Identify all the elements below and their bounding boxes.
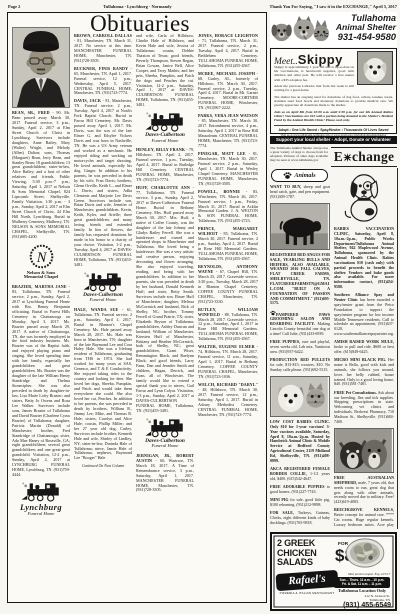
obituaries-section: Obituaries BEAN, SR., FRED - 90. Mr. Bea… bbox=[7, 12, 267, 603]
aussie-photo bbox=[334, 428, 394, 473]
lynchburg-funeral-home-logo: LynchburgFuneral Home bbox=[12, 481, 70, 516]
rabies-clinic-note: Join us on April 8th from 10:00 a.m. unt… bbox=[274, 110, 393, 123]
classified-ad: RABIES VACCINATION CLINIC, Saturday, Apr… bbox=[334, 227, 394, 290]
classified-ad: MINI PIG for sale, good little pig, $100… bbox=[270, 498, 330, 508]
shelter-note-text: The Tullahoma Animal Shelter always has … bbox=[270, 146, 328, 162]
salad-photo bbox=[341, 537, 389, 569]
masthead-cities: Tullahoma - Lynchburg - Normandy bbox=[40, 4, 235, 9]
page-number: Page 2 bbox=[8, 4, 20, 9]
classified-ad: FREE PUPPIES, cute and playful, seven we… bbox=[270, 340, 330, 355]
offer-line: SALADS bbox=[277, 558, 337, 568]
obituary-entry: DAVIS, JACK - 81, Manchester, TN. Funera… bbox=[74, 99, 132, 267]
daves-funeral-home-logo: Daves-CulbertsonFuneral Home bbox=[136, 111, 194, 143]
logo-subname: Funeral Home bbox=[74, 298, 132, 303]
obituary-entry: PARKS, VERA JEAN WATSON - 85, Manchester… bbox=[198, 114, 258, 149]
cattle-photo bbox=[270, 203, 330, 250]
paw-icon bbox=[283, 171, 292, 180]
obituary-column-1: BEAN, SR., FRED - 90. Mr. Bean passed aw… bbox=[12, 27, 70, 599]
obituary-column-2: BROWN, CARROLL DALLAS - 81, Manchester, … bbox=[74, 34, 132, 599]
obituary-entry: WALTER, EUGENE ELMER - 74, Hillsboro, TN… bbox=[198, 345, 258, 380]
classified-ad: FREE Pet Consultations. Ask about our br… bbox=[334, 391, 394, 425]
daves-funeral-home-logo: Daves-CulbertsonFuneral Home bbox=[136, 417, 194, 449]
rafaels-tagline: PIZZERIA & ITALIAN RESTAURANT bbox=[276, 591, 338, 595]
obituary-entry: POWELL, BONNIE - 83, Winchester, TN. Mar… bbox=[198, 190, 258, 225]
logo-subname: Memorial Chapel bbox=[12, 275, 70, 280]
coupon-fine-print: Must present coupon. Exp. 4/15/17 bbox=[334, 572, 390, 576]
support-shelter-banner: Support your local shelter - Adopt, Dona… bbox=[270, 136, 397, 144]
meet-skippy-ad: Meet..Skippy Skippy is approximately 1 y… bbox=[270, 48, 397, 134]
continued-note: Continued On Next Column bbox=[74, 464, 132, 469]
obituary-entry: BRAZIER, MARTHA JANE - 83, Tullahoma, TN… bbox=[12, 285, 70, 478]
classified-ad: FREE AUSTRALIAN SHEPHERD, male, 7 years … bbox=[334, 476, 394, 505]
location-note: Tullahoma Location Only bbox=[334, 588, 390, 593]
logo-subname: Funeral Home bbox=[136, 444, 194, 449]
obituary-entry: MCBEE, MICHAEL JOSEPH - 68, Gurley, AL, … bbox=[198, 72, 258, 112]
svg-text:N: N bbox=[35, 250, 47, 266]
classified-ad: LOW COST RABIES CLINIC. Only $10 for 1-y… bbox=[270, 420, 330, 464]
obituary-entry: RUTLEY, WILLIAM WINFIELD - 88, Tullahoma… bbox=[198, 308, 258, 343]
obituary-entry: BROWN, CARROLL DALLAS - 81, Manchester, … bbox=[74, 34, 132, 64]
nelson-funeral-home-logo: NNelson & SonsMemorial Chapel bbox=[12, 243, 70, 280]
hours-line: Fri. & Sat. 11 a.m. - 11 p.m. bbox=[334, 582, 390, 586]
obituary-column-4: JONES, HORACE LEIGHTON - 71, Tullahoma, … bbox=[198, 34, 258, 599]
adopt-slogan: Adopt • One Life Saved • Spay/Neuter • T… bbox=[274, 125, 393, 132]
shelter-note-row: The Tullahoma Animal Shelter always has … bbox=[270, 146, 397, 166]
obituary-entry: BEAN, SR., FRED - 90. Mr. Bean passed aw… bbox=[12, 111, 70, 240]
rafaels-coupon-ad: 2 GREEK CHICKEN SALADS FOR $8 Rafael's P… bbox=[270, 532, 397, 611]
portrait-photo bbox=[12, 27, 70, 108]
skippy-paragraph: The shelter has an ongoing need for dona… bbox=[274, 95, 393, 108]
exchange-word-end: change bbox=[352, 149, 394, 164]
obituary-entry: HALE, WANDA SUE - 61, Tullahoma, TN. Fun… bbox=[74, 308, 132, 462]
animal-shelter-ad: Tullahoma Animal Shelter 931-454-9580 bbox=[270, 12, 397, 47]
rafaels-logo: Rafael's PIZZERIA & ITALIAN RESTAURANT bbox=[276, 572, 338, 595]
obituary-entry: JONES, HORACE LEIGHTON - 71, Tullahoma, … bbox=[198, 34, 258, 69]
obituary-entry: JERNIGAN, JR., ROBERT AUSTIN - 60, Wartr… bbox=[136, 454, 194, 494]
masthead-slogan: Thank You For Saying, "I saw it in the E… bbox=[270, 4, 397, 9]
newspaper-page: Page 2 Tullahoma - Lynchburg - Normandy … bbox=[0, 0, 400, 614]
obituary-entry: WELCH, RICHARD "DARYL" - 48, Hillsboro, … bbox=[198, 383, 258, 418]
dogcat-photo bbox=[270, 376, 330, 417]
classified-ad: FOR SALE, Turkeys, Guineas, Chicks, eigh… bbox=[270, 511, 330, 526]
classified-ad: Southern Alliance Spay and Neuter Clinic… bbox=[334, 293, 394, 337]
rafaels-wordmark: Rafael's bbox=[275, 570, 338, 591]
animals-section-header: Animals bbox=[271, 169, 328, 182]
starburst-icon bbox=[343, 149, 352, 164]
shelter-phone: 931-454-9580 bbox=[336, 32, 396, 42]
cartoon-pets-icon bbox=[271, 14, 329, 50]
obituary-entry: and wife, Carla of Hillsboro, Charlie Ha… bbox=[136, 34, 194, 108]
obituary-entry: PRINCE, MARGARET WILHOIT - 85, Tullahoma… bbox=[198, 227, 258, 262]
obituary-entry: PINEGAR, MATT LEE - 81, Manchester, TN. … bbox=[198, 152, 258, 187]
classified-ad: WANT TO BUY, sheep and goat head catch, … bbox=[270, 185, 330, 200]
classified-ad: AMISH RAISED WORK MULE, broke to pull an… bbox=[334, 340, 394, 355]
cartoondog-photo bbox=[334, 170, 394, 224]
exchange-word-start: E bbox=[334, 149, 343, 164]
classified-ad: MICRO MINI BLACK PIG. Her name is Bella,… bbox=[334, 358, 394, 387]
coupon-offer-text: 2 GREEK CHICKEN SALADS bbox=[277, 539, 337, 568]
shelter-ad-text: Tullahoma Animal Shelter 931-454-9580 bbox=[336, 14, 396, 42]
classifieds-section: Animals WANT TO BUY, sheep and goat head… bbox=[268, 168, 398, 529]
classified-column-2: RABIES VACCINATION CLINIC, Saturday, Apr… bbox=[334, 169, 394, 527]
obituary-entry: HUFF, CHARLOTTE ANN - 77, Tullahoma, TN.… bbox=[136, 186, 194, 414]
animals-section-label: Animals bbox=[294, 172, 315, 179]
classified-ad: BEECHGROVE KENNELS, Better concept for a… bbox=[334, 508, 394, 527]
skippy-dog-photo bbox=[357, 51, 393, 85]
classified-ad: AKCA REGISTERED FEMALE BORDER COLLIE, 1-… bbox=[270, 467, 330, 482]
obituary-entry: REYNOLDS, ANTHONY WAYNE - 67, Chapel Hil… bbox=[198, 265, 258, 305]
logo-subname: Funeral Home bbox=[12, 512, 70, 517]
classified-ad: FREE ADORABLE PUPPIES to good homes. (93… bbox=[270, 485, 330, 495]
obituary-entry: HENLEY, BILLY FRANK - 79, Hillsboro, TN.… bbox=[136, 148, 194, 183]
exchange-newspaper-logo: Echange bbox=[331, 147, 397, 167]
classified-ad: REGISTERED RED ANGUS FOR SALE, YEARLING … bbox=[270, 253, 330, 306]
classified-column-1: WANT TO BUY, sheep and goat head catch, … bbox=[270, 185, 330, 527]
classified-ad: PAMPERED PAWS GROOMING SALON AND BOARDIN… bbox=[270, 310, 330, 337]
skippy-paragraph: Adele the precious Labrador mix from las… bbox=[274, 84, 393, 92]
logo-subname: Funeral Home bbox=[136, 139, 194, 144]
phone-number: (931) 455-6549 bbox=[333, 602, 391, 609]
hours-bar: Sun. - Thurs. 11 a.m. - 10 p.m. Fri. & S… bbox=[334, 577, 390, 588]
obituary-entry: BUCKNER, FINIS RANDY - 65, Manchester, T… bbox=[74, 67, 132, 97]
obituary-column-3: and wife, Carla of Hillsboro, Charlie Ha… bbox=[136, 34, 194, 599]
address: 412 N. Jackson St. Tullahoma, TN bbox=[334, 594, 390, 602]
classified-ad: PRODUCTION RED PULLETS for sale, $13-$15… bbox=[270, 358, 330, 373]
daves-funeral-home-logo: Daves-CulbertsonFuneral Home bbox=[74, 271, 132, 303]
